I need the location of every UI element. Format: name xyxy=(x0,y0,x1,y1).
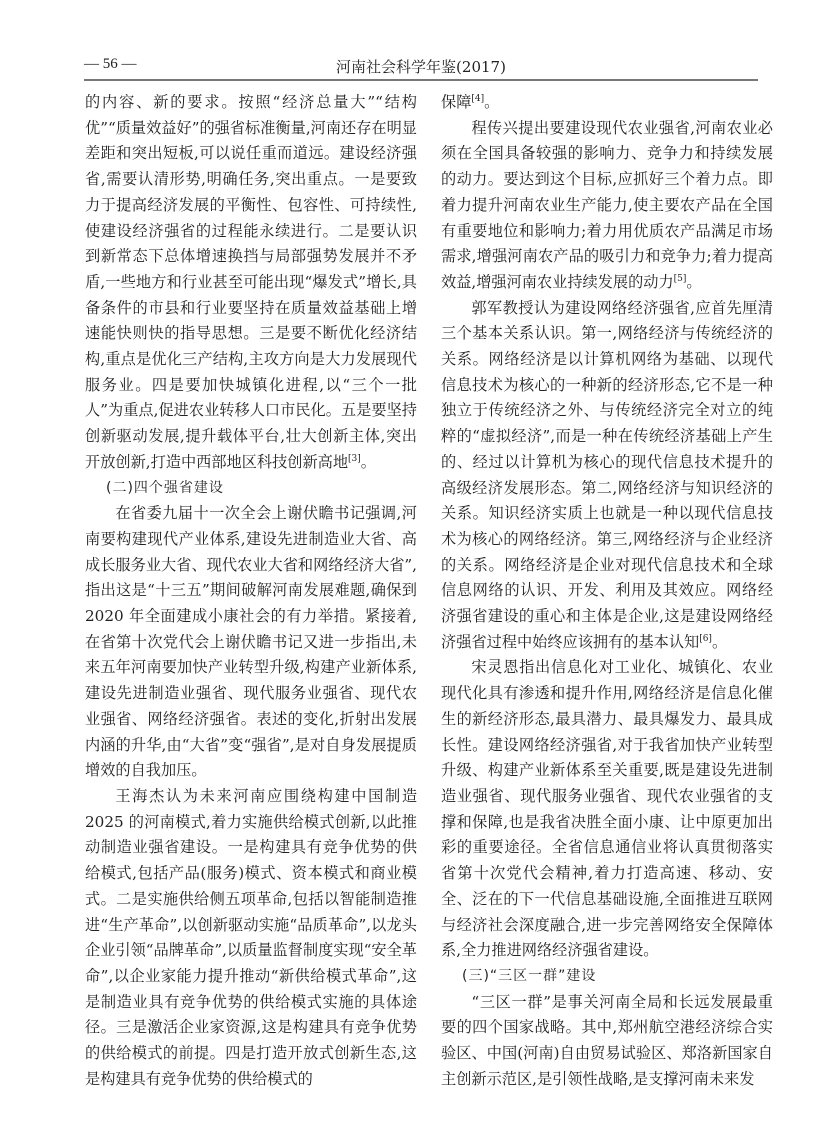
paragraph-text: 郭军教授认为建设网络经济强省,应首先厘清三个基本关系认识。第一,网络经济与传统经… xyxy=(441,299,773,651)
paragraph: 的内容、新的要求。按照“经济总量大”“结构优”“质量效益好”的强省标准衡量,河南… xyxy=(85,90,417,476)
paragraph: 保障[4]。 xyxy=(441,90,773,116)
paragraph-text: 程传兴提出要建设现代农业强省,河南农业必须在全国具备较强的影响力、竞争力和持续发… xyxy=(441,119,773,291)
paragraph: 宋灵恩指出信息化对工业化、城镇化、农业现代化具有渗透和提升作用,网络经济是信息化… xyxy=(441,655,773,963)
header-rule xyxy=(84,79,758,81)
paragraph: 在省委九届十一次全会上谢伏瞻书记强调,河南要构建现代产业体系,建设先进制造业大省… xyxy=(85,501,417,784)
punctuation: 。 xyxy=(484,93,499,111)
citation: [3] xyxy=(348,454,361,464)
citation: [4] xyxy=(471,94,484,104)
paragraph: “三区一群”是事关河南全局和长远发展最重要的四个国家战略。其中,郑州航空港经济综… xyxy=(441,990,773,1093)
punctuation: 。 xyxy=(686,273,701,291)
paragraph: 郭军教授认为建设网络经济强省,应首先厘清三个基本关系认识。第一,网络经济与传统经… xyxy=(441,296,773,656)
page-header: — 56 — 河南社会科学年鉴(2017) xyxy=(84,52,758,78)
section-subheading: (三)“三区一群”建设 xyxy=(441,964,773,990)
right-column: 保障[4]。 程传兴提出要建设现代农业强省,河南农业必须在全国具备较强的影响力、… xyxy=(441,90,773,1092)
citation: [5] xyxy=(674,274,687,284)
citation: [6] xyxy=(699,634,712,644)
punctuation: 。 xyxy=(712,633,727,651)
paragraph-text: 保障 xyxy=(441,93,471,111)
section-subheading: (二)四个强省建设 xyxy=(85,476,417,502)
paragraph: 程传兴提出要建设现代农业强省,河南农业必须在全国具备较强的影响力、竞争力和持续发… xyxy=(441,116,773,296)
punctuation: 。 xyxy=(361,453,376,471)
paragraph-text: 的内容、新的要求。按照“经济总量大”“结构优”“质量效益好”的强省标准衡量,河南… xyxy=(85,93,417,471)
paragraph: 王海杰认为未来河南应围绕构建中国制造 2025 的河南模式,着力实施供给模式创新… xyxy=(85,784,417,1092)
left-column: 的内容、新的要求。按照“经济总量大”“结构优”“质量效益好”的强省标准衡量,河南… xyxy=(85,90,417,1092)
running-title: 河南社会科学年鉴(2017) xyxy=(84,56,758,77)
